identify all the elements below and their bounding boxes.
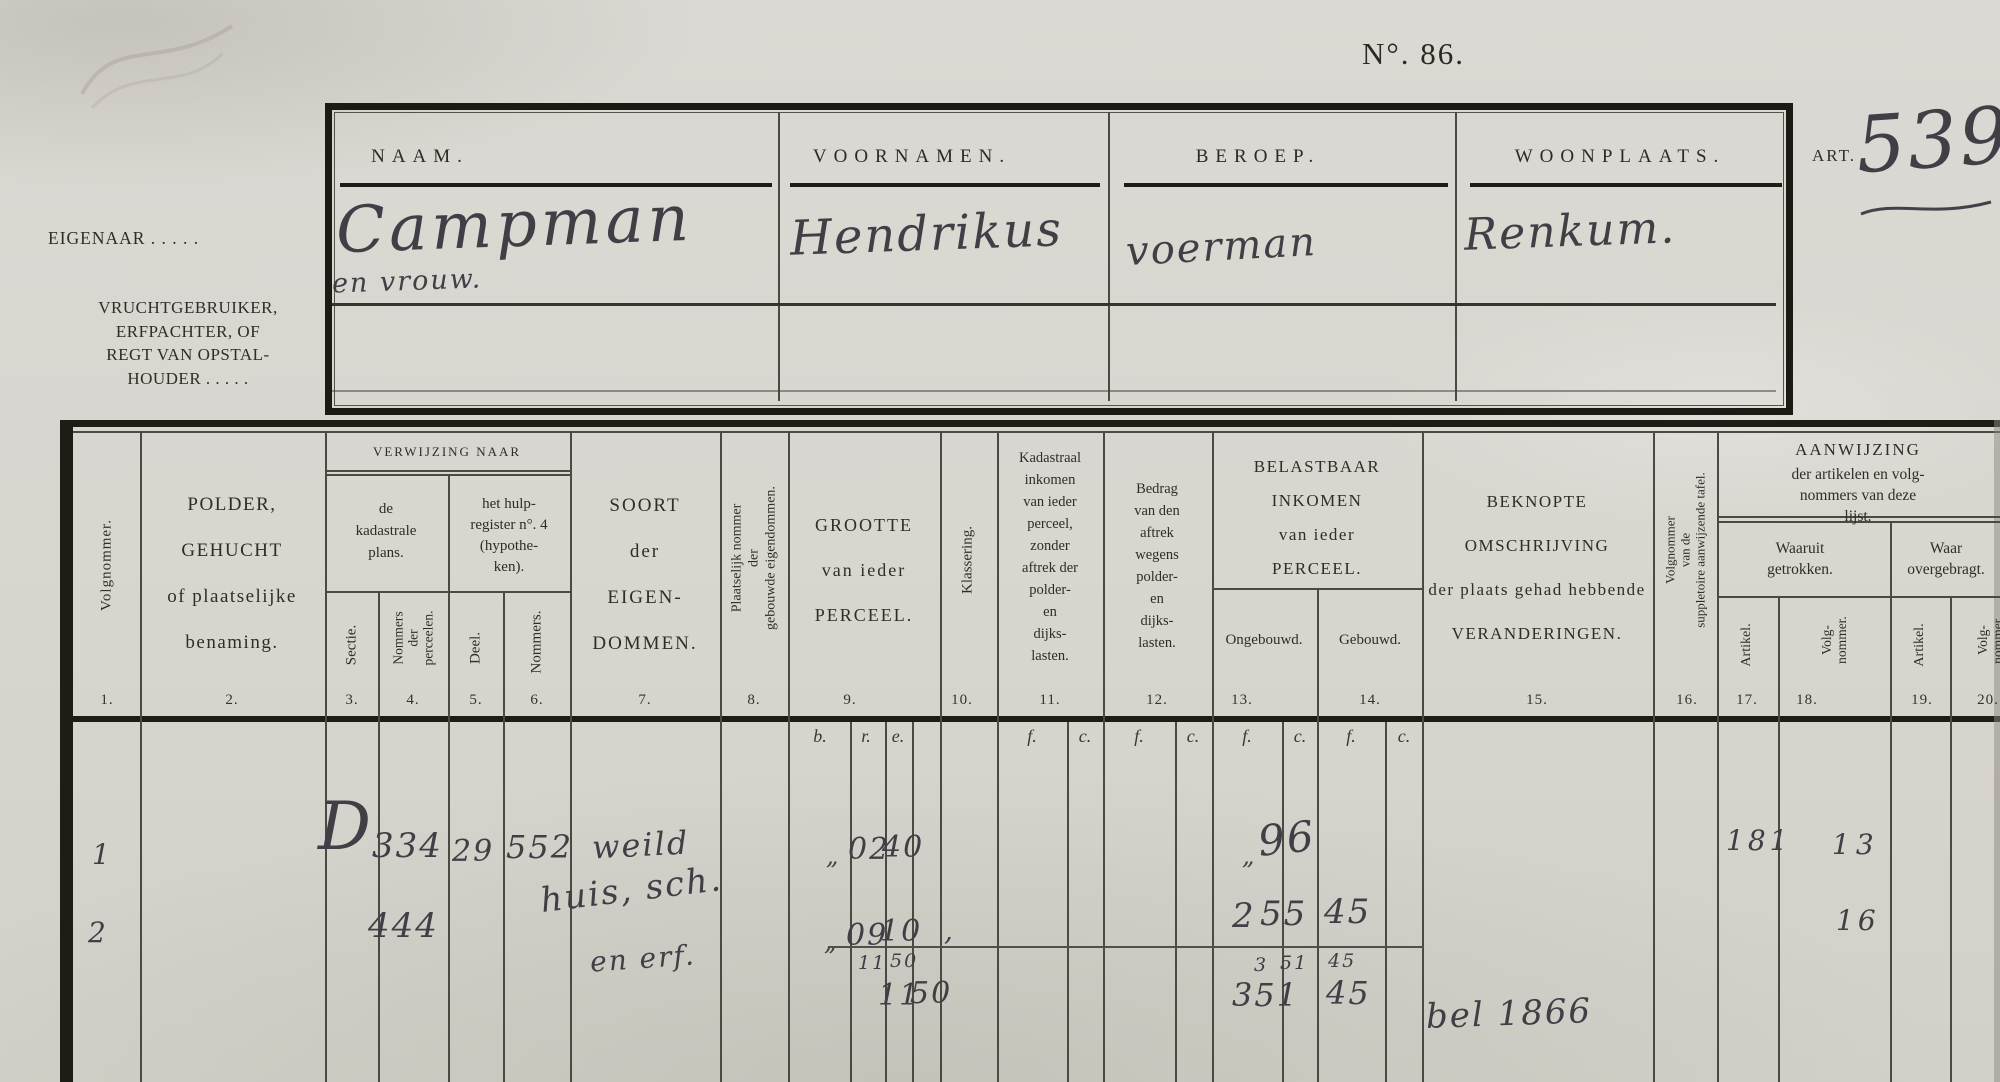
unit-f-col14: f. xyxy=(1346,726,1356,747)
verwijzing-double-rule xyxy=(325,474,570,476)
col-divider-4-5 xyxy=(448,476,450,1082)
sub-divider-b-r xyxy=(850,722,852,1082)
col3-number: 3. xyxy=(345,692,358,709)
row1-grootte-e: 40 xyxy=(882,830,924,865)
col7-label: SOORT der EIGEN- DOMMEN. xyxy=(592,483,697,667)
total-belastbaar-2: 45 xyxy=(1326,974,1371,1012)
row1-soort: weild xyxy=(591,823,690,866)
vruchtgebruiker-label: VRUCHTGEBRUIKER, ERFPACHTER, OF REGT VAN… xyxy=(70,296,306,390)
col20-number: 20. xyxy=(1977,692,1999,709)
owner-col-divider xyxy=(778,112,780,401)
total-belastbaar-sub-1: 3 xyxy=(1254,954,1268,976)
col5-label: Deel. xyxy=(468,603,485,693)
verwijzing-double-rule xyxy=(325,470,570,472)
total-note: bel 1866 xyxy=(1425,991,1592,1037)
row-rule-faint xyxy=(332,390,1776,392)
verwijzing-title: VERWIJZING NAAR xyxy=(373,444,521,460)
col8-number: 8. xyxy=(747,692,760,709)
col19-number: 19. xyxy=(1911,692,1933,709)
unit-el: e. xyxy=(892,726,905,747)
col5-number: 5. xyxy=(469,692,482,709)
unit-f-col13: f. xyxy=(1242,726,1252,747)
row2-waaruit-volgnommer: 16 xyxy=(1836,904,1880,937)
row-rule xyxy=(332,303,1776,306)
header-rule xyxy=(790,183,1100,187)
row1-ongebouwd-c: 96 xyxy=(1256,811,1318,866)
aanwijzing-title-sub: der artikelen en volg- nommers van deze … xyxy=(1787,464,1929,527)
col8-label: Plaatselijk nommer der gebouwde eigendom… xyxy=(729,433,780,683)
scan-edge-shade xyxy=(1994,420,2000,1082)
row1-hyp-nommer: 552 xyxy=(506,828,573,866)
col-divider-1-2 xyxy=(140,433,142,1082)
col9-number: 9. xyxy=(843,692,856,709)
waaruit-getrokken-label: Waaruit getrokken. xyxy=(1767,538,1833,580)
owner-name-addition-value: en vrouw. xyxy=(332,263,483,299)
unit-f-col11: f. xyxy=(1027,726,1037,747)
col11-label: Kadastraal inkomen van ieder perceel, zo… xyxy=(1019,447,1081,667)
col-divider-19-20 xyxy=(1950,596,1952,1082)
col-divider-11-12 xyxy=(1103,433,1105,1082)
owner-col-naam: NAAM. xyxy=(371,146,469,168)
table-top-inner-rule xyxy=(60,431,2000,433)
col13-label: Ongebouwd. xyxy=(1225,632,1302,649)
row2-soort-line2: en erf. xyxy=(589,938,697,978)
owner-col-woonplaats: WOONPLAATS. xyxy=(1515,146,1726,168)
col11-number: 11. xyxy=(1039,692,1060,709)
col4-label: Nommers der perceelen. xyxy=(391,583,436,693)
unit-c-col13: c. xyxy=(1294,726,1307,747)
col17-label: Artikel. xyxy=(1739,595,1755,695)
eigenaar-label: EIGENAAR . . . . . xyxy=(48,228,199,249)
belastbaar-sub-rule xyxy=(1212,588,1422,590)
col18-label: Volg- nommer. xyxy=(1819,590,1849,690)
scanned-register-page: N°. 86. EIGENAAR . . . . . VRUCHTGEBRUIK… xyxy=(0,0,2000,1082)
col-divider-16-17 xyxy=(1717,433,1719,1082)
col-divider-8-9 xyxy=(788,433,790,1082)
col-divider-15-16 xyxy=(1653,433,1655,1082)
col16-label: Volgnommer van de suppletoire aanwijzend… xyxy=(1663,429,1708,671)
col14-label: Gebouwd. xyxy=(1339,632,1401,649)
document-number: N°. 86. xyxy=(1362,36,1465,72)
col10-number: 10. xyxy=(951,692,973,709)
aanwijzing-sub-rule xyxy=(1717,596,2000,598)
col2-label: POLDER, GEHUCHT of plaatselijke benaming… xyxy=(167,482,297,666)
col7-number: 7. xyxy=(638,692,651,709)
row2-ongebouwd-c: 55 xyxy=(1260,894,1307,934)
row2-ongebouwd-f: 2 xyxy=(1232,896,1256,936)
owner-firstname-value: Hendrikus xyxy=(789,201,1064,266)
row1-volgnommer: 1 xyxy=(92,838,112,871)
col-divider-12-13 xyxy=(1212,433,1214,1082)
col4-number: 4. xyxy=(406,692,419,709)
table-top-border xyxy=(60,420,2000,427)
row1-sectie: D xyxy=(318,788,373,865)
article-number-value: 539 xyxy=(1853,91,2000,192)
header-rule xyxy=(1124,183,1448,187)
owner-col-divider xyxy=(1108,112,1110,401)
row1-waaruit-artikel: 181 xyxy=(1726,824,1791,857)
col-divider-6-7 xyxy=(570,433,572,1082)
row2-perceel-nommer: 444 xyxy=(368,906,439,946)
total-grootte-sub-2: 50 xyxy=(890,950,918,972)
row1-deel: 29 xyxy=(452,834,494,869)
col6-number: 6. xyxy=(530,692,543,709)
col-divider-13-14 xyxy=(1317,588,1319,1082)
total-belastbaar-1: 351 xyxy=(1232,976,1299,1014)
col18-number: 18. xyxy=(1796,692,1818,709)
row1-perceel-nommer: 334 xyxy=(372,826,443,866)
row1-waaruit-volgnommer: 13 xyxy=(1832,828,1880,861)
ghost-pencil-marks xyxy=(70,12,250,122)
col16-number: 16. xyxy=(1676,692,1698,709)
sum-rule xyxy=(828,946,1424,948)
unit-c-col11: c. xyxy=(1079,726,1092,747)
kadastrale-plans-label: de kadastrale plans. xyxy=(356,498,417,564)
col10-label: Klassering. xyxy=(960,495,977,625)
col12-number: 12. xyxy=(1146,692,1168,709)
row2-volgnommer: 2 xyxy=(88,916,108,949)
row2-grootte-b: „ xyxy=(824,928,838,956)
sub-divider-r-e xyxy=(885,722,887,1082)
col13-number: 13. xyxy=(1231,692,1253,709)
table-left-border xyxy=(60,420,73,1082)
col19-label: Artikel. xyxy=(1912,595,1928,695)
row2-gebouwd-f: 45 xyxy=(1324,892,1371,932)
sub-divider-12-fc xyxy=(1175,722,1177,1082)
col14-number: 14. xyxy=(1359,692,1381,709)
sub-divider-11-fc xyxy=(1067,722,1069,1082)
total-grootte-2: 50 xyxy=(910,976,952,1011)
belastbaar-title: BELASTBAAR INKOMEN van ieder PERCEEL. xyxy=(1254,450,1380,586)
total-belastbaar-sub-3: 45 xyxy=(1328,950,1356,972)
col1-number: 1. xyxy=(100,692,113,709)
col-divider-2-3 xyxy=(325,433,327,1082)
owner-col-divider xyxy=(1455,112,1457,401)
total-belastbaar-sub-2: 51 xyxy=(1280,952,1308,974)
article-label: ART. xyxy=(1812,146,1856,166)
unit-f-col12: f. xyxy=(1134,726,1144,747)
owner-col-voornamen: VOORNAMEN. xyxy=(813,146,1011,168)
row2-klassering-mark: , xyxy=(944,914,955,947)
col20-label: Volg- nommer. xyxy=(1975,590,2000,690)
unit-c-col14: c. xyxy=(1398,726,1411,747)
owner-name-value: Campman xyxy=(335,182,694,268)
col-divider-5-6 xyxy=(503,591,505,1082)
unit-roede: r. xyxy=(861,726,871,747)
col15-label: BEKNOPTE OMSCHRIJVING der plaats gehad h… xyxy=(1428,480,1645,656)
col-divider-14-15 xyxy=(1422,433,1424,1082)
row2-grootte-e: 10 xyxy=(880,914,922,949)
col12-label: Bedrag van den aftrek wegens polder- en … xyxy=(1134,478,1180,654)
header-bottom-rule xyxy=(60,716,2000,722)
col3-label: Sectie. xyxy=(344,595,361,695)
aanwijzing-title: AANWIJZING xyxy=(1795,440,1921,460)
total-grootte-sub-1: 11 xyxy=(858,952,886,974)
article-number-flourish xyxy=(1856,196,1996,222)
col6-label: Nommers. xyxy=(529,590,546,694)
col-divider-18-19 xyxy=(1890,522,1892,1082)
sub-divider-e xyxy=(912,722,914,1082)
col17-number: 17. xyxy=(1736,692,1758,709)
owner-col-beroep: BEROEP. xyxy=(1196,146,1321,168)
row1-grootte-b: „ xyxy=(826,842,840,870)
sub-divider-14-fc xyxy=(1385,722,1387,1082)
header-rule xyxy=(1470,183,1782,187)
col-divider-10-11 xyxy=(997,433,999,1082)
hulpregister-label: het hulp- register n°. 4 (hypothe- ken). xyxy=(470,494,547,578)
waar-overgebragt-label: Waar overgebragt. xyxy=(1907,538,1985,580)
row1-ongebouwd-f: „ xyxy=(1242,842,1256,870)
col15-number: 15. xyxy=(1526,692,1548,709)
owner-residence-value: Renkum. xyxy=(1463,202,1677,260)
unit-c-col12: c. xyxy=(1187,726,1200,747)
col9-label: GROOTTE van ieder PERCEEL. xyxy=(815,503,914,638)
col1-label: Volgnommer. xyxy=(99,470,116,660)
row2-soort-line1: huis, sch. xyxy=(538,859,724,921)
col-divider-7-8 xyxy=(720,433,722,1082)
col2-number: 2. xyxy=(225,692,238,709)
unit-bunder: b. xyxy=(813,726,827,747)
